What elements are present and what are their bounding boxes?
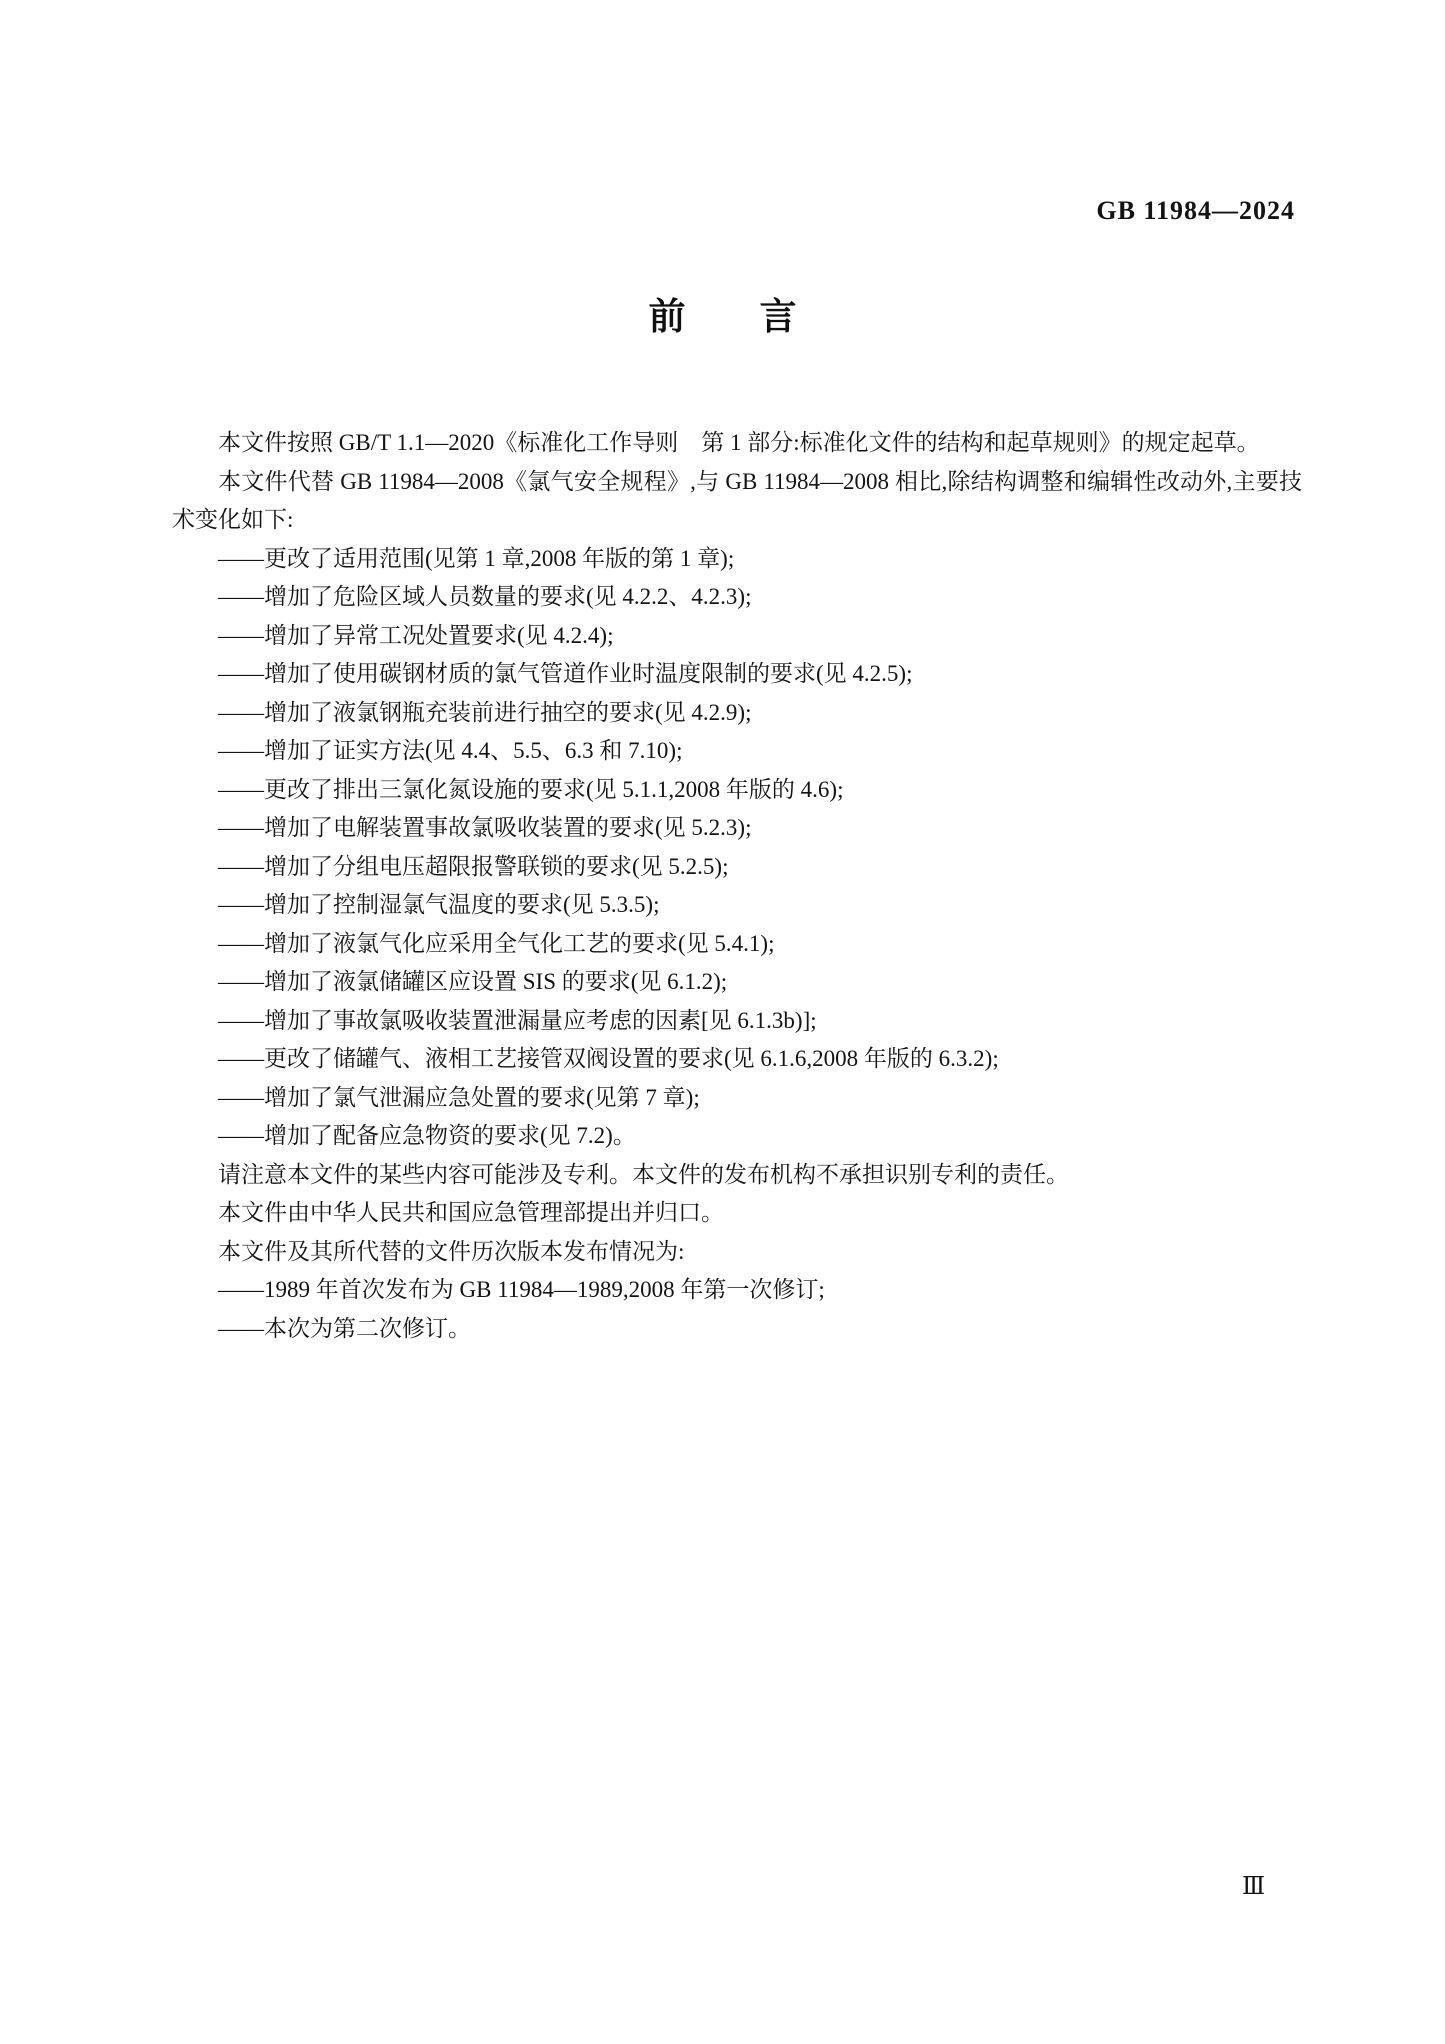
foreword-paragraph: 本文件及其所代替的文件历次版本发布情况为: xyxy=(172,1233,1302,1272)
foreword-paragraph: 本文件代替 GB 11984—2008《氯气安全规程》,与 GB 11984—2… xyxy=(172,463,1302,540)
history-list-item: ——1989 年首次发布为 GB 11984—1989,2008 年第一次修订; xyxy=(172,1271,1302,1310)
change-list-item: ——更改了排出三氯化氮设施的要求(见 5.1.1,2008 年版的 4.6); xyxy=(172,771,1302,810)
foreword-paragraph: 本文件按照 GB/T 1.1—2020《标准化工作导则 第 1 部分:标准化文件… xyxy=(172,424,1302,463)
change-list-item: ——增加了证实方法(见 4.4、5.5、6.3 和 7.10); xyxy=(172,732,1302,771)
change-list-item: ——更改了储罐气、液相工艺接管双阀设置的要求(见 6.1.6,2008 年版的 … xyxy=(172,1040,1302,1079)
foreword-paragraph: 本文件由中华人民共和国应急管理部提出并归口。 xyxy=(172,1194,1302,1233)
change-list-item: ——增加了分组电压超限报警联锁的要求(见 5.2.5); xyxy=(172,848,1302,887)
foreword-paragraph: 请注意本文件的某些内容可能涉及专利。本文件的发布机构不承担识别专利的责任。 xyxy=(172,1156,1302,1195)
change-list-item: ——增加了液氯储罐区应设置 SIS 的要求(见 6.1.2); xyxy=(172,963,1302,1002)
change-list-item: ——增加了事故氯吸收装置泄漏量应考虑的因素[见 6.1.3b)]; xyxy=(172,1002,1302,1041)
change-list-item: ——增加了电解装置事故氯吸收装置的要求(见 5.2.3); xyxy=(172,809,1302,848)
change-list-item: ——增加了控制湿氯气温度的要求(见 5.3.5); xyxy=(172,886,1302,925)
document-page: GB 11984—2024 前 言 本文件按照 GB/T 1.1—2020《标准… xyxy=(0,0,1445,2044)
change-list-item: ——增加了液氯气化应采用全气化工艺的要求(见 5.4.1); xyxy=(172,925,1302,964)
change-list-item: ——更改了适用范围(见第 1 章,2008 年版的第 1 章); xyxy=(172,540,1302,579)
change-list-item: ——增加了异常工况处置要求(见 4.2.4); xyxy=(172,617,1302,656)
change-list-item: ——增加了氯气泄漏应急处置的要求(见第 7 章); xyxy=(172,1079,1302,1118)
foreword-body: 本文件按照 GB/T 1.1—2020《标准化工作导则 第 1 部分:标准化文件… xyxy=(172,424,1302,1348)
change-list-item: ——增加了危险区域人员数量的要求(见 4.2.2、4.2.3); xyxy=(172,578,1302,617)
page-number: Ⅲ xyxy=(1242,1872,1265,1901)
history-list-item: ——本次为第二次修订。 xyxy=(172,1310,1302,1349)
change-list-item: ——增加了配备应急物资的要求(见 7.2)。 xyxy=(172,1117,1302,1156)
standard-number-header: GB 11984—2024 xyxy=(1096,196,1295,226)
document-title: 前 言 xyxy=(0,286,1445,340)
change-list-item: ——增加了使用碳钢材质的氯气管道作业时温度限制的要求(见 4.2.5); xyxy=(172,655,1302,694)
change-list-item: ——增加了液氯钢瓶充装前进行抽空的要求(见 4.2.9); xyxy=(172,694,1302,733)
